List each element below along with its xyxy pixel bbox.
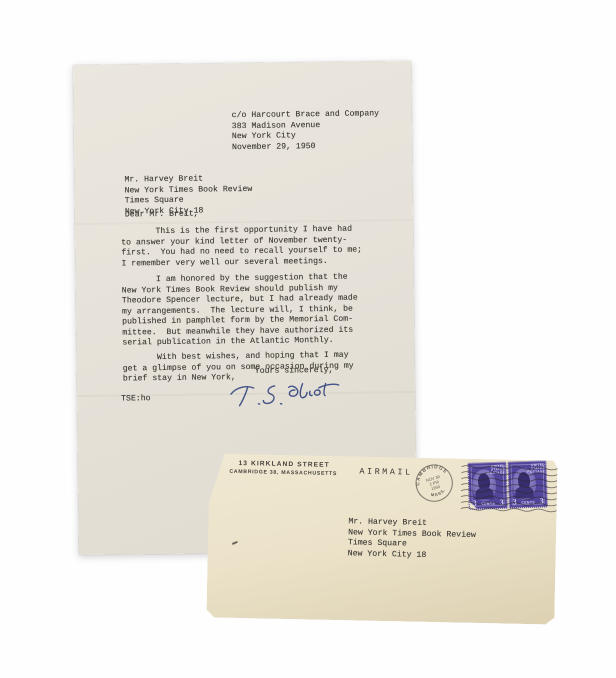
- cancellation-marks: [461, 462, 560, 518]
- return-address-city: CAMBRIDGE 38, MASSACHUSETTS: [229, 469, 337, 477]
- letter-sender-address: c/o Harcourt Brace and Company 383 Madis…: [232, 109, 380, 153]
- envelope-return-address: 13 KIRKLAND STREET CAMBRIDGE 38, MASSACH…: [229, 460, 337, 477]
- letter-paragraph-1: This is the first opportunity I have had…: [121, 225, 362, 270]
- ink-speck: [232, 541, 238, 545]
- photo-backdrop: c/o Harcourt Brace and Company 383 Madis…: [0, 0, 616, 678]
- letter-salutation: Dear Mr. Breit,: [125, 210, 199, 221]
- envelope-recipient-address: Mr. Harvey Breit New York Times Book Rev…: [348, 517, 477, 562]
- letter-paragraph-2: I am honored by the suggestion that the …: [122, 273, 359, 349]
- return-address-street: 13 KIRKLAND STREET: [238, 460, 337, 469]
- mailing-envelope: 13 KIRKLAND STREET CAMBRIDGE 38, MASSACH…: [206, 453, 557, 624]
- postmark: CAMBRIDGE MASS. NOV 30 2 PM 1950: [408, 457, 460, 509]
- signature-ts-eliot: [224, 374, 346, 416]
- airmail-label: AIRMAIL: [359, 467, 412, 478]
- typist-initials: TSE:ho: [121, 394, 151, 405]
